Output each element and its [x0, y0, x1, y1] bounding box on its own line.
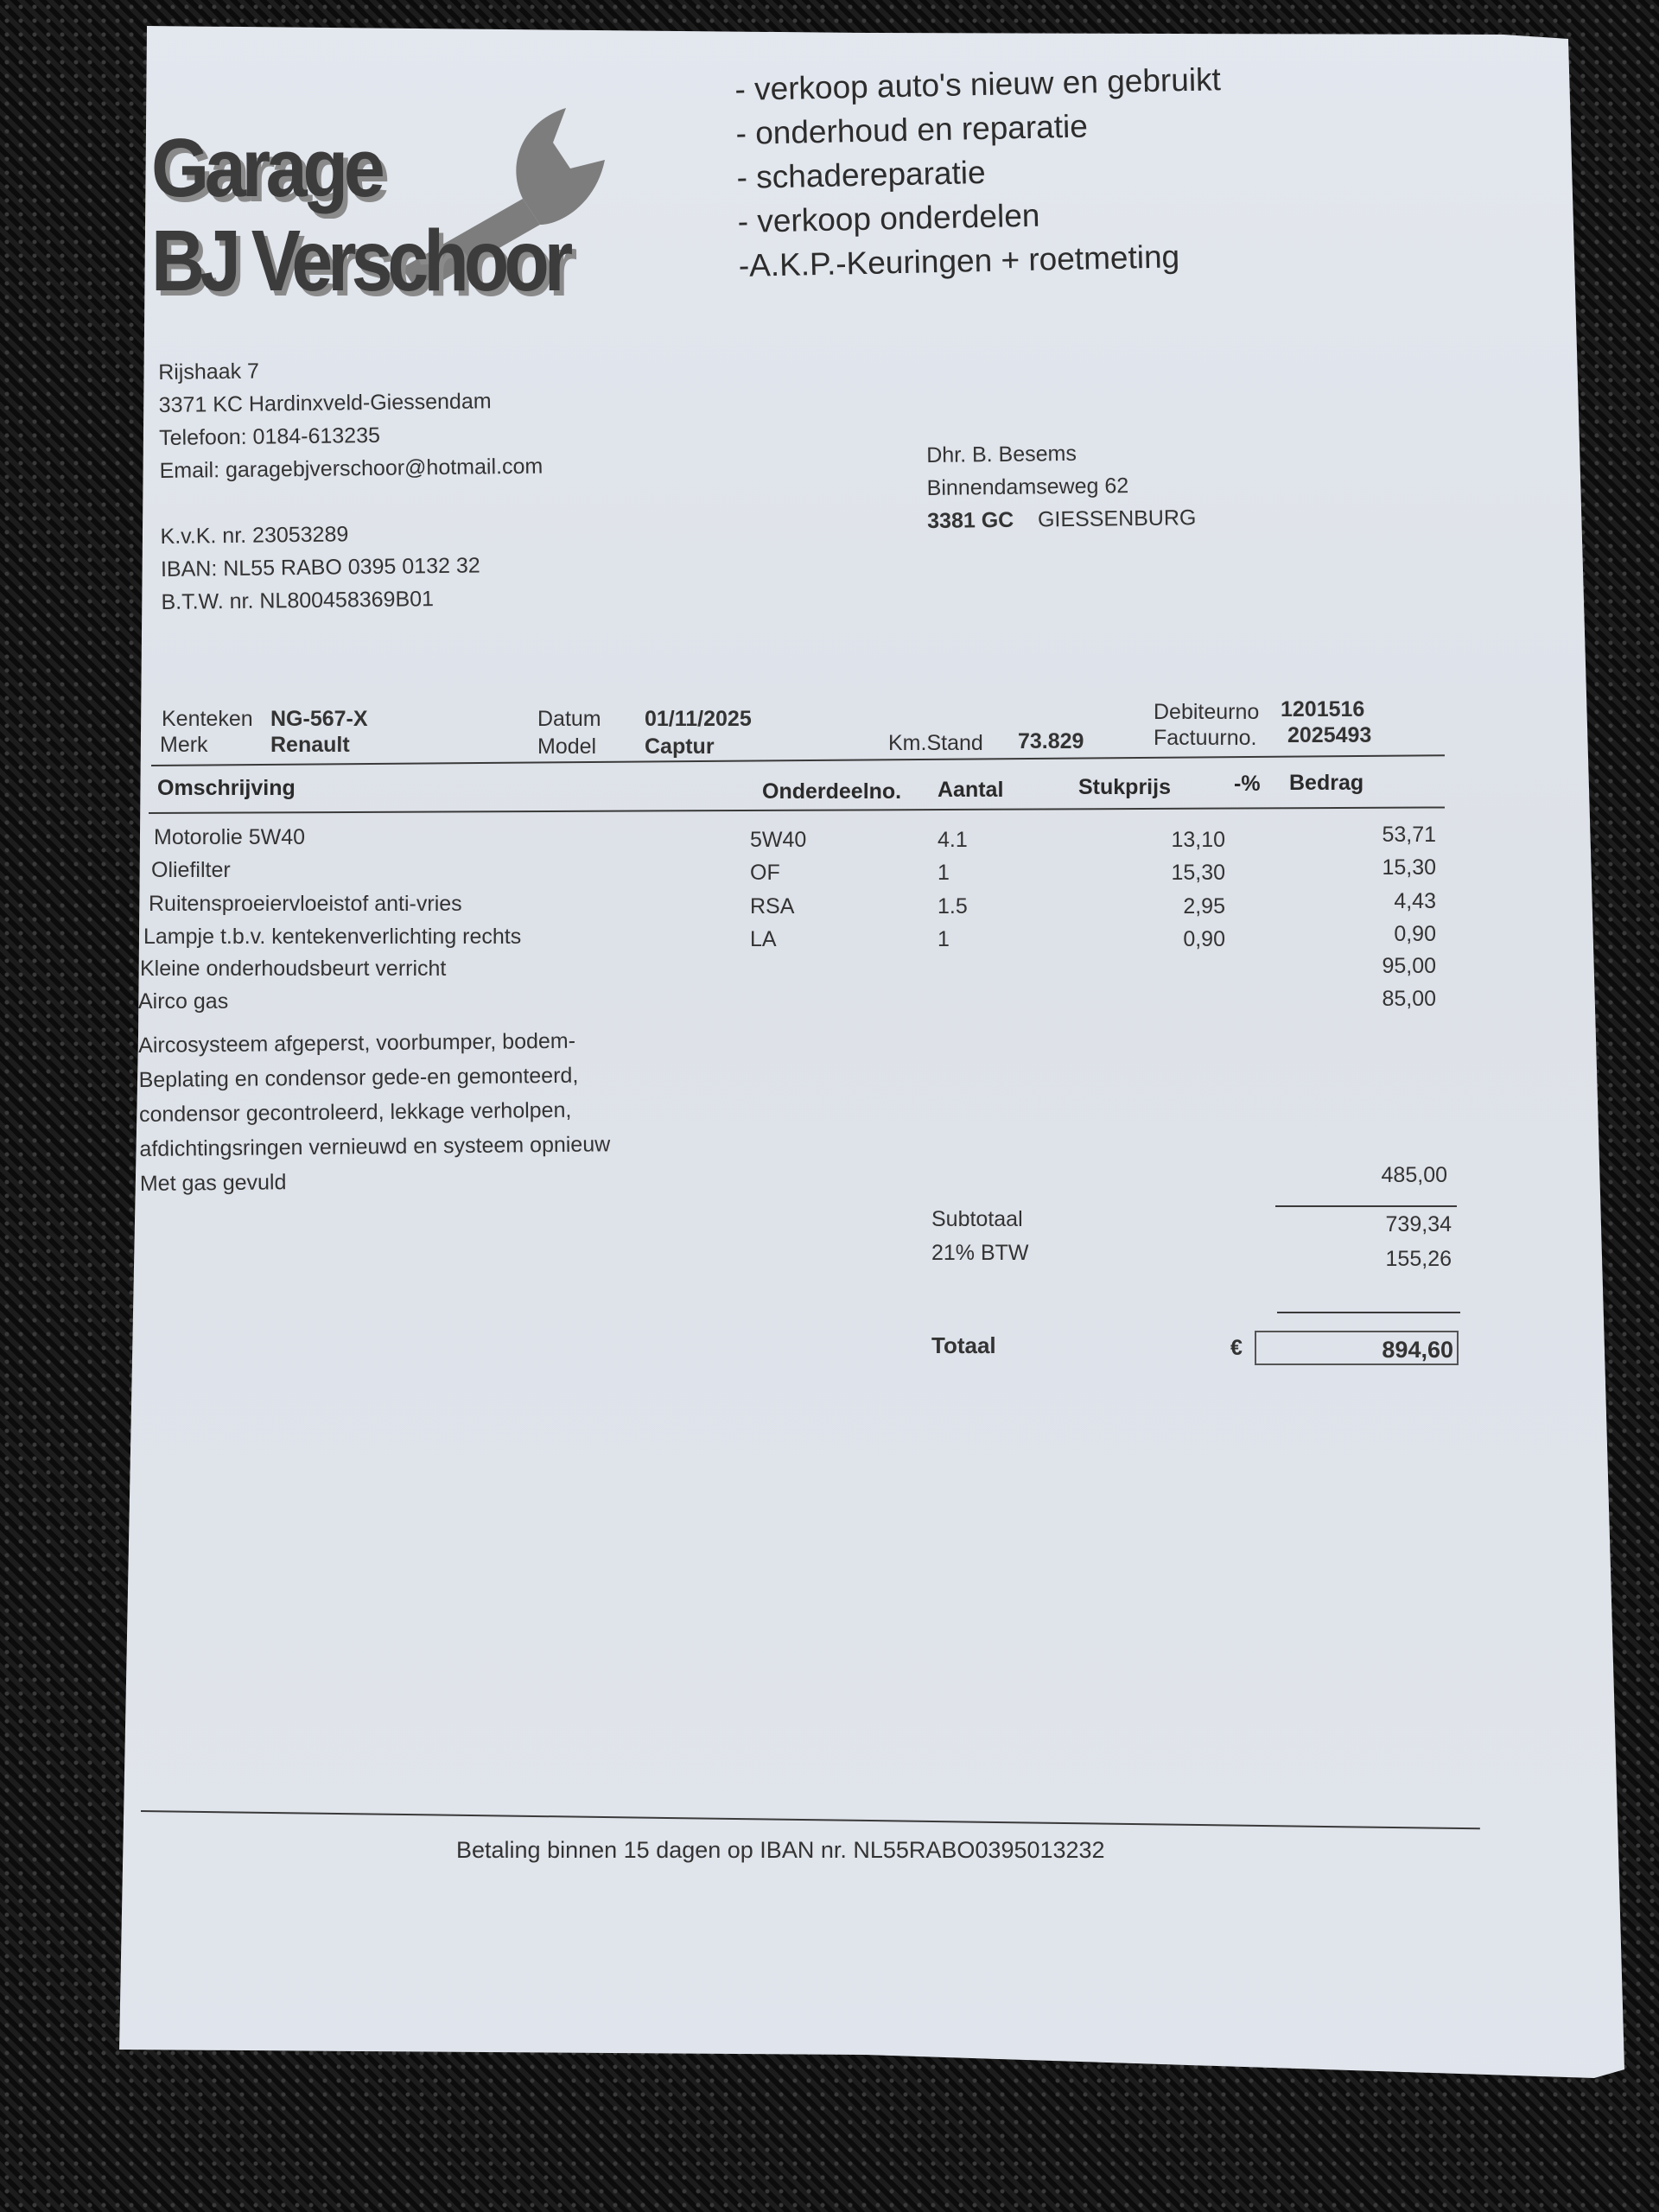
datum-label: Datum: [537, 707, 601, 732]
row-stukprijs: 0,90: [1071, 927, 1225, 952]
row-omschrijving: Kleine onderhoudsbeurt verricht: [140, 957, 446, 982]
subtotal-divider: [1275, 1205, 1457, 1207]
services-list: - verkoop auto's nieuw en gebruikt - ond…: [734, 57, 1225, 288]
merk-value: Renault: [270, 733, 350, 758]
total-divider: [1277, 1312, 1460, 1313]
row-stukprijs: 13,10: [1071, 828, 1225, 853]
col-onderdeelno: Onderdeelno.: [762, 779, 901, 804]
sender-phone: Telefoon: 0184-613235: [159, 417, 543, 454]
description-line: condensor gecontroleerd, lekkage verholp…: [139, 1092, 610, 1132]
col-korting: -%: [1234, 772, 1261, 797]
kenteken-label: Kenteken: [162, 707, 253, 732]
merk-label: Merk: [160, 733, 208, 758]
col-bedrag: Bedrag: [1289, 771, 1363, 796]
debiteur-value: 1201516: [1281, 697, 1364, 722]
row-bedrag: 85,00: [1277, 987, 1436, 1012]
row-onderdeelno: OF: [750, 861, 780, 886]
row-bedrag: 53,71: [1277, 823, 1436, 848]
subtotaal-value: 739,34: [1283, 1212, 1452, 1237]
description-line: Met gas gevuld: [140, 1161, 611, 1201]
sender-btw: B.T.W. nr. NL800458369B01: [161, 582, 544, 619]
totaal-label: Totaal: [931, 1332, 996, 1359]
row-omschrijving: Ruitensproeiervloeistof anti-vries: [149, 892, 462, 917]
logo-text-garage: Garage: [151, 121, 380, 216]
subtotaal-label: Subtotaal: [931, 1207, 1023, 1232]
recipient-details: Dhr. B. Besems Binnendamseweg 62 3381 GC…: [926, 435, 1197, 537]
sender-email: Email: garagebjverschoor@hotmail.com: [159, 450, 543, 487]
currency-symbol: €: [1230, 1336, 1243, 1361]
row-stukprijs: 2,95: [1071, 894, 1225, 919]
datum-value: 01/11/2025: [645, 707, 752, 732]
payment-note: Betaling binnen 15 dagen op IBAN nr. NL5…: [456, 1837, 1105, 1864]
col-aantal: Aantal: [938, 778, 1003, 803]
description-line: afdichtingsringen vernieuwd en systeem o…: [139, 1127, 610, 1166]
row-bedrag: 95,00: [1277, 954, 1436, 979]
sender-details: Rijshaak 7 3371 KC Hardinxveld-Giessenda…: [158, 352, 544, 619]
row-omschrijving: Oliefilter: [151, 858, 231, 883]
row-omschrijving: Lampje t.b.v. kentekenverlichting rechts: [143, 925, 521, 950]
row-aantal: 4.1: [938, 828, 968, 853]
row-aantal: 1: [938, 861, 950, 886]
row-onderdeelno: LA: [750, 927, 777, 952]
row-bedrag: 4,43: [1277, 889, 1436, 914]
model-label: Model: [537, 734, 596, 760]
btw-label: 21% BTW: [931, 1241, 1029, 1266]
row-stukprijs: 15,30: [1071, 861, 1225, 886]
factuur-value: 2025493: [1287, 723, 1371, 748]
row-omschrijving: Motorolie 5W40: [154, 825, 305, 850]
km-value: 73.829: [1018, 729, 1084, 754]
kenteken-value: NG-567-X: [270, 707, 368, 732]
row-aantal: 1.5: [938, 894, 968, 919]
row-aantal: 1: [938, 927, 950, 952]
btw-value: 155,26: [1283, 1247, 1452, 1272]
sender-kvk: K.v.K. nr. 23053289: [160, 516, 543, 553]
col-omschrijving: Omschrijving: [157, 776, 296, 801]
model-value: Captur: [645, 734, 715, 760]
sender-city: 3371 KC Hardinxveld-Giessendam: [158, 385, 542, 422]
col-stukprijs: Stukprijs: [1078, 775, 1171, 800]
recipient-postcode: 3381 GC: [927, 508, 1014, 533]
row-onderdeelno: RSA: [750, 894, 794, 919]
description-line: Beplating en condensor gede-en gemonteer…: [138, 1058, 609, 1097]
sender-iban: IBAN: NL55 RABO 0395 0132 32: [161, 549, 544, 586]
logo-text-name: BJ Verschoor: [151, 212, 568, 311]
recipient-city: GIESSENBURG: [1038, 505, 1197, 531]
recipient-name: Dhr. B. Besems: [926, 435, 1196, 472]
sender-street: Rijshaak 7: [158, 352, 542, 389]
work-description: Aircosysteem afgeperst, voorbumper, bode…: [138, 1023, 611, 1201]
totaal-value: 894,60: [1262, 1337, 1453, 1363]
factuur-label: Factuurno.: [1154, 726, 1257, 751]
km-label: Km.Stand: [888, 731, 983, 756]
description-line: Aircosysteem afgeperst, voorbumper, bode…: [138, 1023, 609, 1063]
description-bedrag: 485,00: [1279, 1163, 1447, 1188]
recipient-street: Binnendamseweg 62: [926, 468, 1196, 505]
row-onderdeelno: 5W40: [750, 828, 806, 853]
row-bedrag: 0,90: [1277, 922, 1436, 947]
row-bedrag: 15,30: [1277, 855, 1436, 880]
debiteur-label: Debiteurno: [1154, 700, 1259, 725]
row-omschrijving: Airco gas: [138, 989, 228, 1014]
